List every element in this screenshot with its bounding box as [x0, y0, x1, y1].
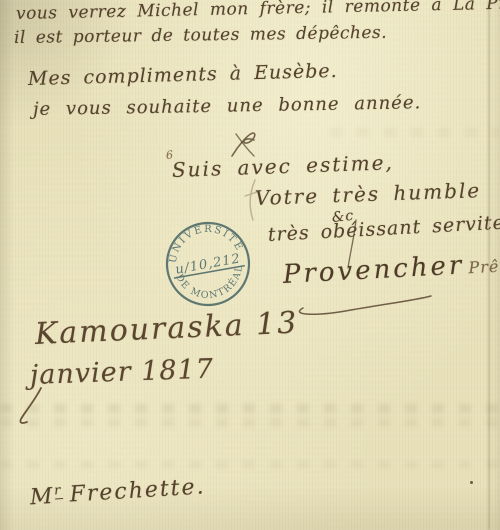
- closing-line-1: Suis avec estime,: [172, 152, 394, 180]
- closing-line-3: très obéissant serviteur: [268, 212, 500, 245]
- dateline-date: janvier 1817: [30, 356, 215, 389]
- signature: ProvencherPrêtre: [282, 249, 500, 288]
- paper-speck: [470, 481, 473, 484]
- ink-bleed-through: [330, 128, 500, 137]
- universite-de-montreal-stamp: UNIVERSITÉ DE MONTRÉAL u/10,212: [158, 214, 258, 314]
- signature-name: Provencher: [282, 251, 465, 290]
- closing-line-2: Votre très humble: [255, 180, 482, 208]
- letter-line-3: Mes compliments à Eusèbe.: [28, 62, 338, 89]
- manuscript-letter-page: vous verrez Michel mon frère; il remonte…: [0, 0, 500, 530]
- letter-line-1: vous verrez Michel mon frère; il remonte…: [16, 0, 500, 23]
- addressee-name: Frechette.: [69, 475, 206, 508]
- dateline-place: Kamouraska 13: [34, 309, 299, 350]
- ink-bleed-through: [0, 404, 500, 413]
- signature-flourish: [285, 294, 435, 318]
- stamp-shelfmark: u/10,212: [174, 251, 242, 277]
- letter-line-4: je vous souhaite une bonne année.: [33, 94, 422, 119]
- addressee-superscript: r: [54, 483, 63, 499]
- letter-line-2: il est porteur de toutes mes dépêches.: [14, 25, 387, 47]
- ink-bleed-through: [0, 418, 500, 427]
- ink-bleed-through: [0, 461, 500, 468]
- paper-crease: [487, 0, 491, 530]
- addressee: MrFrechette.: [29, 475, 206, 509]
- addressee-initial: M: [29, 484, 55, 510]
- signature-title: Prêtre: [468, 255, 500, 277]
